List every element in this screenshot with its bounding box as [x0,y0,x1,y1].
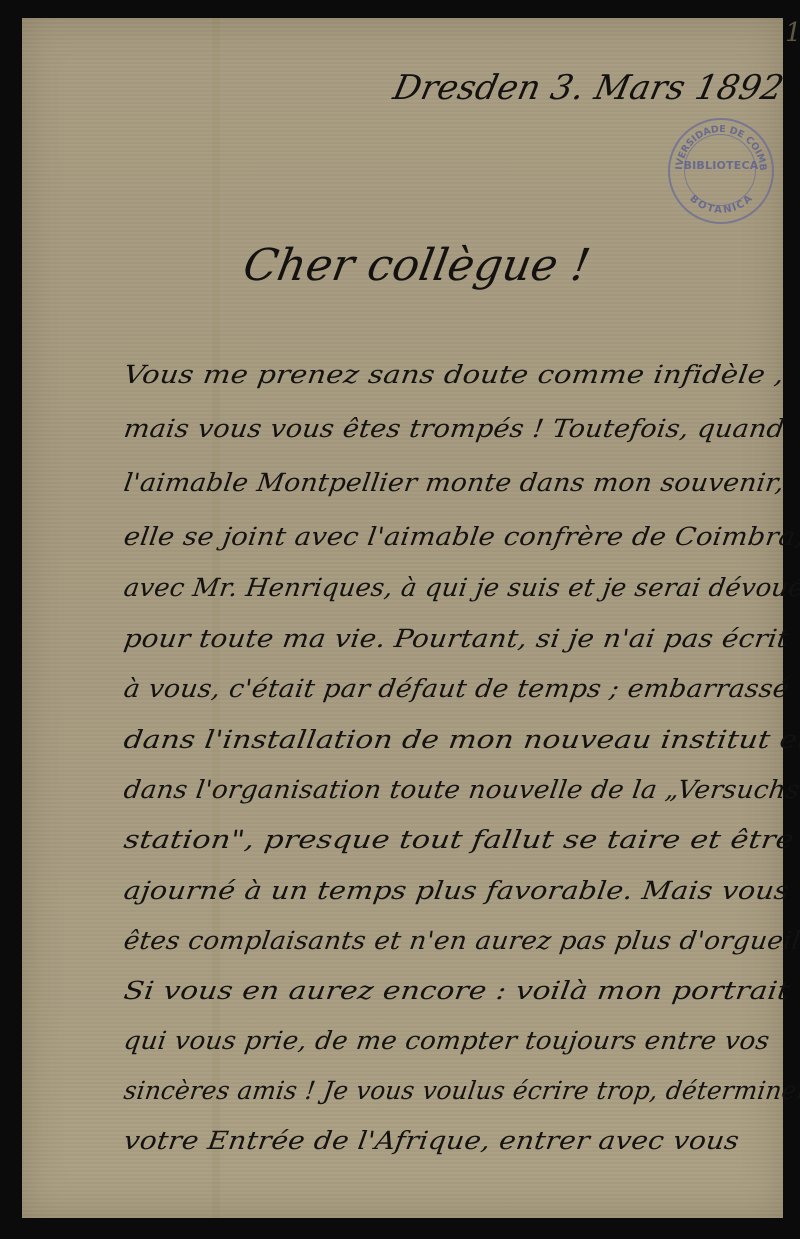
letter-line: avec Mr. Henriques, à qui je suis et je … [122,573,800,602]
letter-line: pour toute ma vie. Pourtant, si je n'ai … [122,624,791,653]
library-stamp: UNIVERSIDADE DE COIMBRA BOTANICA BIBLIOT… [668,118,774,224]
letter-line: Vous me prenez sans doute comme infidèle… [122,360,786,389]
salutation: Cher collègue ! [240,240,595,291]
letter-line: êtes complaisants et n'en aurez pas plus… [122,926,800,955]
letter-line: dans l'installation de mon nouveau insti… [122,725,800,754]
date-line: Dresden 3. Mars 1892 [390,68,788,108]
letter-line: sincères amis ! Je vous voulus écrire tr… [122,1076,800,1105]
letter-line: elle se joint avec l'aimable confrère de… [122,522,800,551]
letter-line: l'aimable Montpellier monte dans mon sou… [122,468,786,497]
letter-line: dans l'organisation toute nouvelle de la… [122,775,800,804]
letter-line: à vous, c'était par défaut de temps ; em… [122,674,791,703]
stamp-center-text: BIBLIOTECA [670,159,772,172]
letter-page: 1 Dresden 3. Mars 1892 UNIVERSIDADE DE C… [22,18,783,1218]
page-number: 1 [785,18,800,48]
letter-line: votre Entrée de l'Afrique, entrer avec v… [122,1126,741,1155]
letter-line: station", presque tout fallut se taire e… [122,825,796,854]
letter-line: mais vous vous êtes trompés ! Toutefois,… [122,414,786,443]
letter-line: Si vous en aurez encore : voilà mon port… [122,976,792,1005]
letter-line: ajourné à un temps plus favorable. Mais … [122,876,791,905]
letter-line: qui vous prie, de me compter toujours en… [122,1026,771,1055]
